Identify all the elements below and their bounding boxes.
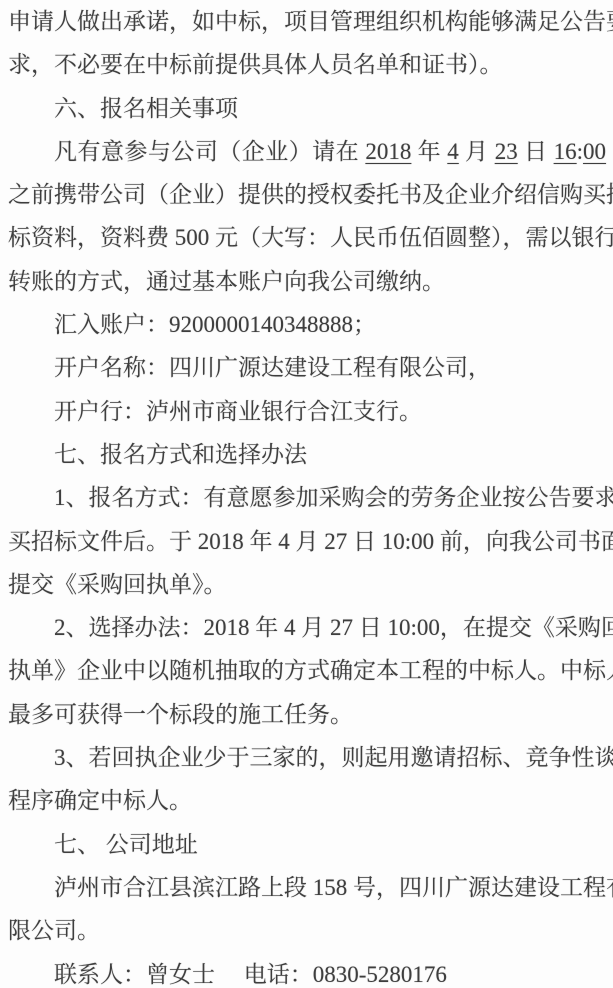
item-2-line-3: 最多可获得一个标段的施工任务。: [8, 693, 606, 736]
item-1-line-1: 1、报名方式：有意愿参加采购会的劳务企业按公告要求购: [8, 476, 606, 519]
contact-phone-line: 联系人：曾女士 电话：0830-5280176: [8, 953, 606, 988]
fee-paragraph-line-1: 之前携带公司（企业）提供的授权委托书及企业介绍信购买招: [8, 173, 606, 216]
commitment-note-line-2: 求，不必要在中标前提供具体人员名单和证书）。: [8, 43, 606, 86]
deadline-minute-value: 00: [583, 139, 606, 164]
commitment-note-line-1: 申请人做出承诺，如中标，项目管理组织机构能够满足公告要: [8, 0, 606, 43]
item-2-line-2: 执单》企业中以随机抽取的方式确定本工程的中标人。中标人: [8, 649, 606, 692]
deadline-year-value: 2018: [365, 139, 411, 164]
deadline-hour-value: 16: [554, 139, 577, 164]
item-3-line-2: 程序确定中标人。: [8, 779, 606, 822]
bank-account-number-line: 汇入账户：9200000140348888；: [8, 303, 606, 346]
deadline-year-unit: 年: [411, 139, 447, 164]
deadline-day-value: 23: [495, 139, 518, 164]
bank-account-name-line: 开户名称：四川广源达建设工程有限公司，: [8, 346, 606, 389]
bank-branch-line: 开户行：泸州市商业银行合江支行。: [8, 390, 606, 433]
item-3-line-1: 3、若回执企业少于三家的，则起用邀请招标、竞争性谈判: [8, 736, 606, 779]
company-address-line-1: 泸州市合江县滨江路上段 158 号，四川广源达建设工程有: [8, 866, 606, 909]
section-7-heading: 七、报名方式和选择办法: [8, 433, 606, 476]
company-address-line-2: 限公司。: [8, 909, 606, 952]
section-6-heading: 六、报名相关事项: [8, 87, 606, 130]
registration-deadline-line: 凡有意参与公司（企业）请在 2018 年 4 月 23 日 16:00: [8, 130, 606, 173]
fee-paragraph-line-3: 转账的方式，通过基本账户向我公司缴纳。: [8, 260, 606, 303]
item-1-line-3: 提交《采购回执单》。: [8, 563, 606, 606]
deadline-month-value: 4: [447, 139, 459, 164]
deadline-month-unit: 月: [459, 139, 495, 164]
company-address-heading: 七、 公司地址: [8, 823, 606, 866]
item-1-line-2: 买招标文件后。于 2018 年 4 月 27 日 10:00 前，向我公司书面: [8, 520, 606, 563]
item-2-line-1: 2、选择办法：2018 年 4 月 27 日 10:00，在提交《采购回: [8, 606, 606, 649]
fee-paragraph-line-2: 标资料，资料费 500 元（大写：人民币伍佰圆整），需以银行: [8, 216, 606, 259]
scanned-document-page: 申请人做出承诺，如中标，项目管理组织机构能够满足公告要 求，不必要在中标前提供具…: [0, 0, 613, 988]
deadline-prefix-text: 凡有意参与公司（企业）请在: [54, 139, 365, 164]
deadline-day-unit: 日: [518, 139, 554, 164]
